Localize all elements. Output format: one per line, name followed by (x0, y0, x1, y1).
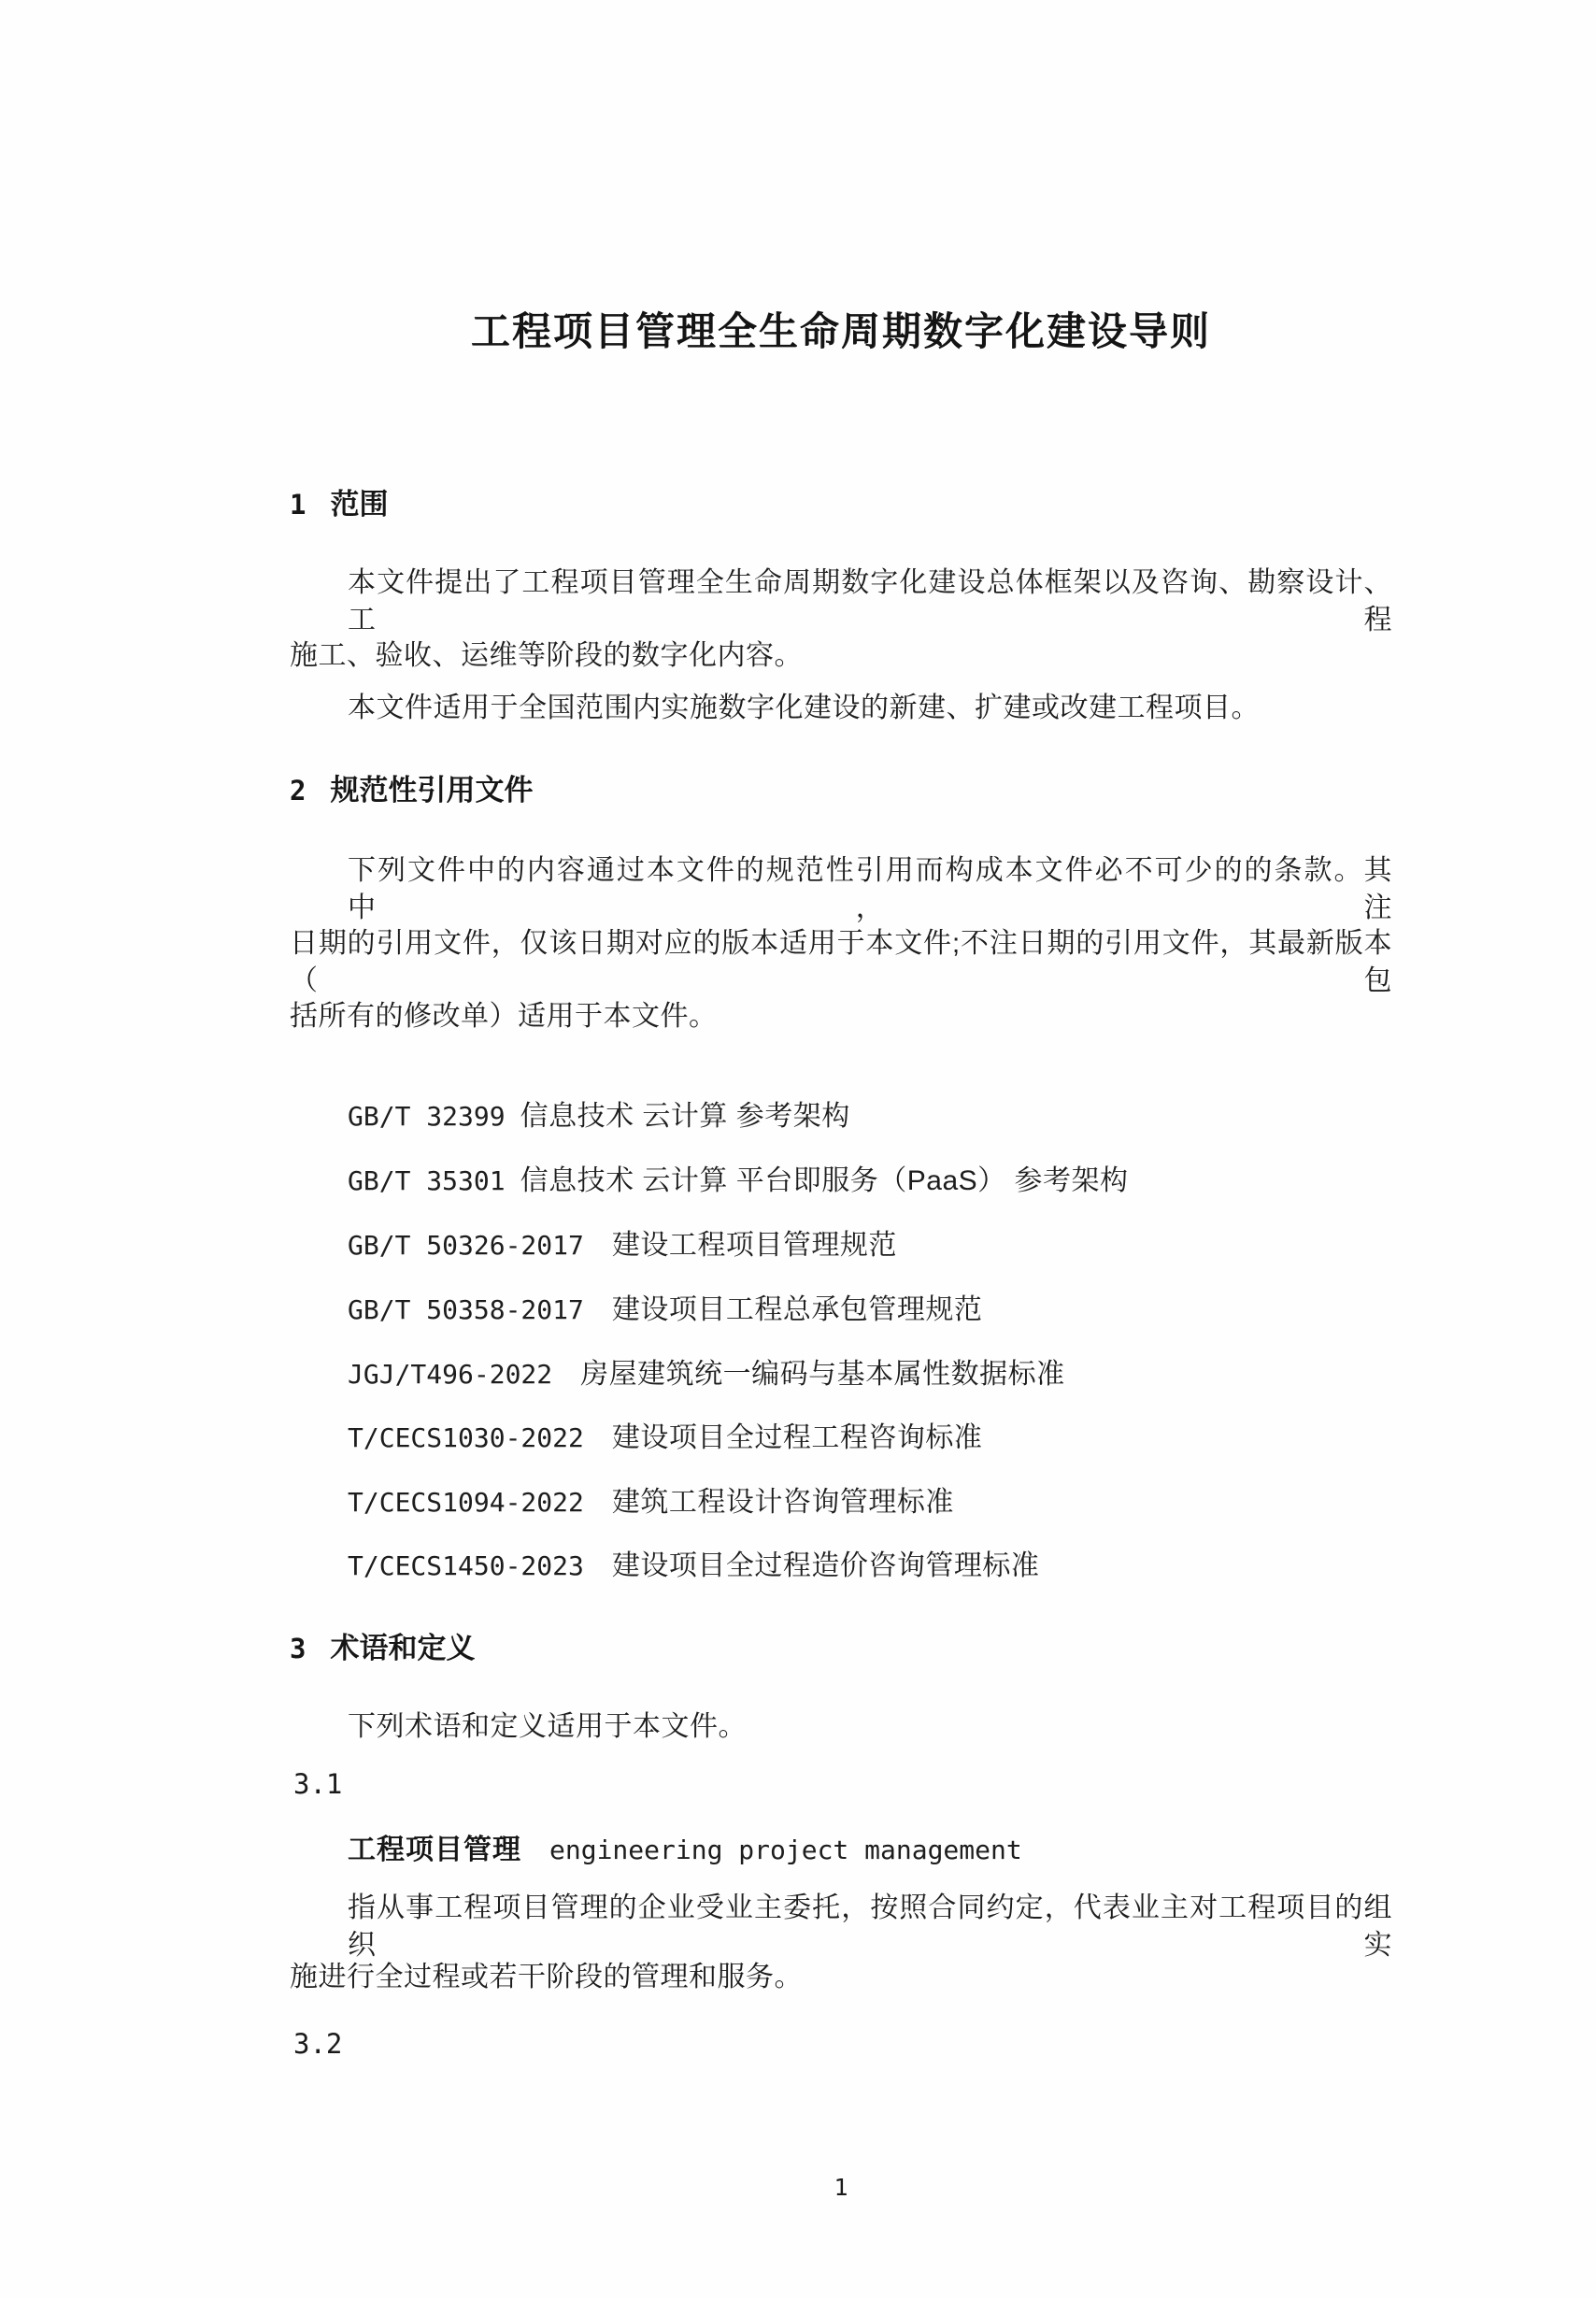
section-2-heading: 2规范性引用文件 (290, 766, 533, 808)
page-number: 1 (290, 2174, 1392, 2201)
reference-name: 建设项目工程总承包管理规范 (612, 1294, 983, 1325)
term-3-2-number: 3.2 (293, 2028, 342, 2060)
term-3-1-english: engineering project management (549, 1835, 1022, 1865)
paragraph-line: 下列术语和定义适用于本文件。 (348, 1708, 747, 1746)
section-3-title: 术语和定义 (330, 1632, 475, 1664)
reference-item: T/CECS1030-2022建设项目全过程工程咨询标准 (348, 1421, 982, 1456)
reference-item: GB/T 50358-2017建设项目工程总承包管理规范 (348, 1292, 982, 1328)
section-1-number: 1 (290, 489, 306, 521)
term-3-1-entry: 工程项目管理engineering project management (348, 1826, 1022, 1867)
reference-code: JGJ/T496-2022 (348, 1359, 552, 1390)
document-page: 工程项目管理全生命周期数字化建设导则 1范围 本文件提出了工程项目管理全生命周期… (0, 0, 1596, 2299)
reference-name: 建设工程项目管理规范 (612, 1230, 897, 1261)
paragraph-line: 日期的引用文件，仅该日期对应的版本适用于本文件;不注日期的引用文件，其最新版本（… (290, 925, 1392, 1000)
section-1-title: 范围 (330, 488, 388, 521)
reference-item: GB/T 35301信息技术 云计算 平台即服务（PaaS） 参考架构 (348, 1164, 1128, 1199)
reference-code: T/CECS1030-2022 (348, 1422, 584, 1453)
paragraph-line: 本文件提出了工程项目管理全生命周期数字化建设总体框架以及咨询、勘察设计、工程 (348, 564, 1392, 639)
reference-code: GB/T 35301 (348, 1165, 506, 1196)
reference-code: T/CECS1450-2023 (348, 1550, 584, 1581)
term-3-1-number: 3.1 (293, 1768, 342, 1800)
paragraph-line: 施工、验收、运维等阶段的数字化内容。 (290, 637, 803, 675)
section-3-number: 3 (290, 1633, 306, 1664)
reference-name: 建筑工程设计咨询管理标准 (612, 1487, 954, 1518)
reference-name: 信息技术 云计算 参考架构 (520, 1101, 850, 1132)
term-3-1-chinese: 工程项目管理 (348, 1835, 521, 1865)
reference-name: 建设项目全过程工程咨询标准 (612, 1422, 983, 1453)
reference-name: 房屋建筑统一编码与基本属性数据标准 (580, 1359, 1065, 1390)
reference-name: 建设项目全过程造价咨询管理标准 (612, 1550, 1040, 1581)
reference-code: GB/T 50358-2017 (348, 1294, 584, 1325)
reference-item: GB/T 50326-2017建设工程项目管理规范 (348, 1228, 897, 1264)
paragraph-line: 指从事工程项目管理的企业受业主委托，按照合同约定，代表业主对工程项目的组织实 (348, 1890, 1392, 1964)
section-1-heading: 1范围 (290, 480, 388, 522)
reference-item: GB/T 32399信息技术 云计算 参考架构 (348, 1099, 850, 1135)
paragraph-line: 下列文件中的内容通过本文件的规范性引用而构成本文件必不可少的的条款。其中，注 (348, 852, 1392, 927)
paragraph-line: 括所有的修改单）适用于本文件。 (290, 998, 718, 1035)
paragraph-line: 本文件适用于全国范围内实施数字化建设的新建、扩建或改建工程项目。 (348, 690, 1260, 727)
section-2-number: 2 (290, 775, 306, 807)
reference-code: T/CECS1094-2022 (348, 1487, 584, 1518)
document-title: 工程项目管理全生命周期数字化建设导则 (290, 301, 1392, 357)
reference-name: 信息技术 云计算 平台即服务（PaaS） 参考架构 (520, 1165, 1129, 1196)
reference-code: GB/T 32399 (348, 1101, 506, 1132)
reference-item: JGJ/T496-2022房屋建筑统一编码与基本属性数据标准 (348, 1357, 1065, 1392)
paragraph-line: 施进行全过程或若干阶段的管理和服务。 (290, 1959, 803, 1996)
reference-code: GB/T 50326-2017 (348, 1230, 584, 1261)
reference-item: T/CECS1450-2023建设项目全过程造价咨询管理标准 (348, 1549, 1039, 1584)
section-2-title: 规范性引用文件 (330, 774, 533, 807)
section-3-heading: 3术语和定义 (290, 1624, 475, 1666)
reference-item: T/CECS1094-2022建筑工程设计咨询管理标准 (348, 1485, 954, 1521)
